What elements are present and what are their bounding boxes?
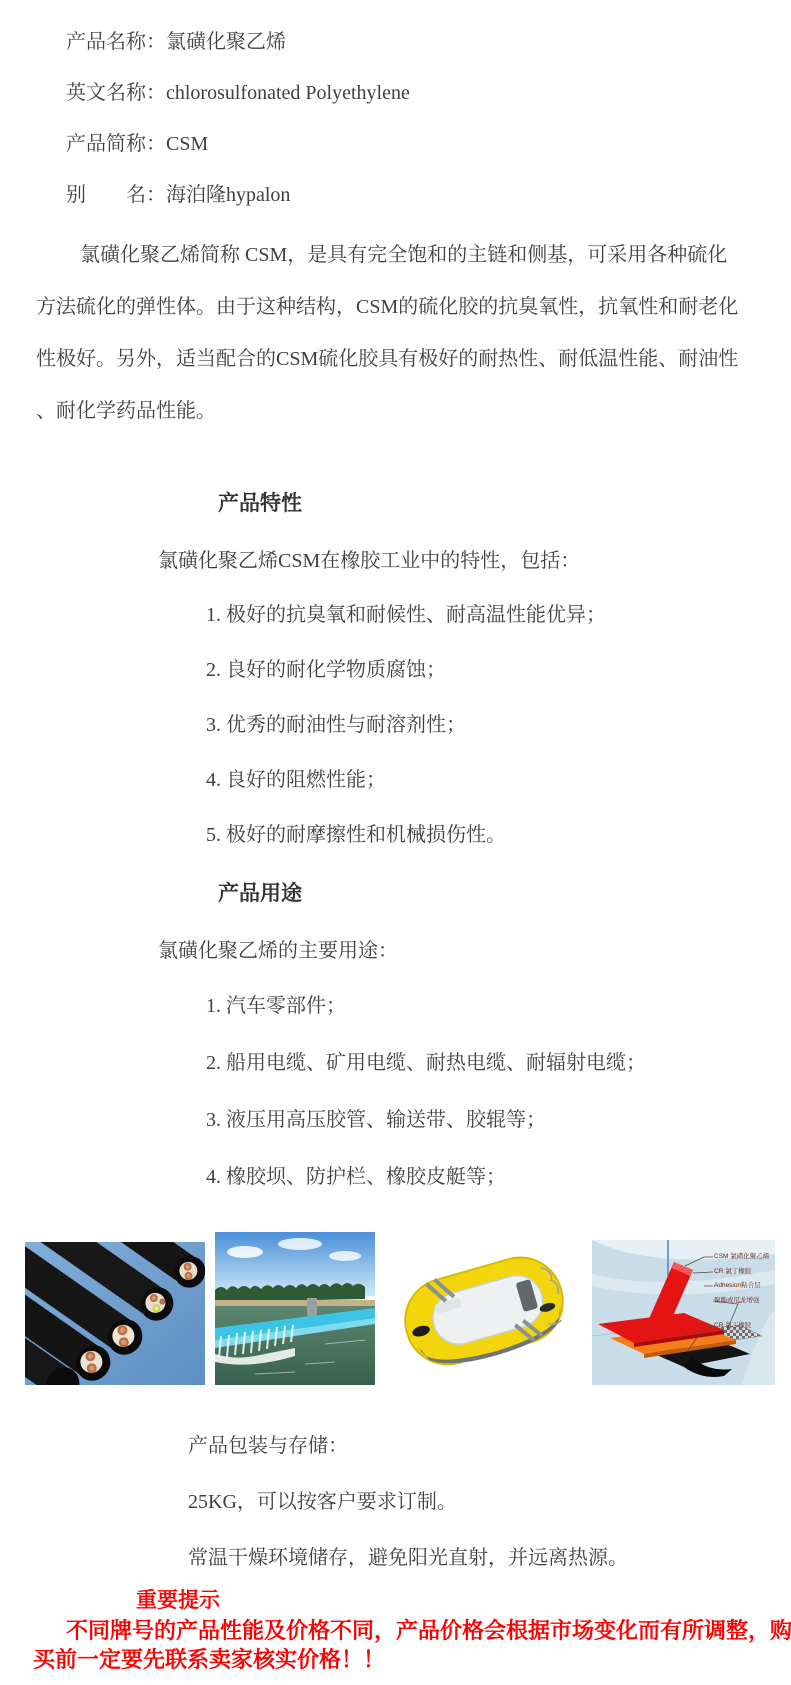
intro-paragraph-line: 性极好。另外，适当配合的CSM硫化胶具有极好的耐热性、耐低温性能、耐油性: [36, 330, 755, 382]
feature-item: 4. 良好的阻燃性能；: [206, 750, 791, 805]
uses-list: 1. 汽车零部件； 2. 船用电缆、矿用电缆、耐热电缆、耐辐射电缆； 3. 液压…: [0, 975, 791, 1203]
use-item: 2. 船用电缆、矿用电缆、耐热电缆、耐辐射电缆；: [206, 1032, 791, 1089]
rubber-dam-illustration: [215, 1232, 375, 1385]
feature-item: 3. 优秀的耐油性与耐溶剂性；: [206, 695, 791, 750]
important-notice-line: 买前一定要先联系卖家核实价格！！: [33, 1645, 791, 1674]
use-item: 1. 汽车零部件；: [206, 975, 791, 1032]
english-name-line: 英文名称：chlorosulfonated Polyethylene: [66, 65, 791, 116]
use-item: 3. 液压用高压胶管、输送带、胶辊等；: [206, 1089, 791, 1146]
packaging-block: 产品包装与存储： 25KG，可以按客户要求订制。 常温干燥环境储存，避免阳光直射…: [188, 1415, 791, 1583]
intro-paragraph-line: 方法硫化的弹性体。由于这种结构，CSM的硫化胶的抗臭氧性，抗氧性和耐老化: [36, 278, 755, 330]
rubber-dam-photo: [215, 1232, 375, 1385]
packaging-storage-line: 常温干燥环境储存，避免阳光直射，并远离热源。: [188, 1527, 791, 1583]
alias-line: 别 名：海泊隆hypalon: [66, 167, 791, 218]
important-notice-line: 不同牌号的产品性能及价格不同，产品价格会根据市场变化而有所调整，购: [66, 1616, 791, 1645]
rubber-cables-photo: [25, 1242, 205, 1385]
diagram-label-cr-bottom: CR 氯丁橡胶: [714, 1322, 774, 1329]
diagram-label-adhesion: Adhesion粘合层: [714, 1282, 774, 1289]
features-section-title: 产品特性: [218, 488, 791, 519]
feature-item: 2. 良好的耐化学物质腐蚀；: [206, 640, 791, 695]
inflatable-boat-illustration: [385, 1235, 582, 1385]
product-description-page: 产品名称：氯磺化聚乙烯 英文名称：chlorosulfonated Polyet…: [0, 0, 791, 1685]
uses-section-title: 产品用途: [218, 878, 791, 909]
diagram-label-cr-top: CR 氯丁橡胶: [714, 1268, 774, 1275]
layer-diagram-illustration: [592, 1240, 775, 1385]
product-abbr-line: 产品简称：CSM: [66, 116, 791, 167]
csm-layer-diagram: CSM 氯磺化聚乙烯 CR 氯丁橡胶 Adhesion粘合层 聚酯或尼龙增强 C…: [592, 1240, 775, 1385]
diagram-label-fabric: 聚酯或尼龙增强: [714, 1297, 774, 1304]
intro-paragraph-line: 氯磺化聚乙烯简称 CSM，是具有完全饱和的主链和侧基，可采用各种硫化: [36, 226, 755, 278]
use-item: 4. 橡胶坝、防护栏、橡胶皮艇等；: [206, 1146, 791, 1203]
packaging-weight-line: 25KG，可以按客户要求订制。: [188, 1471, 791, 1527]
rubber-cables-illustration: [25, 1242, 205, 1385]
product-name-line: 产品名称：氯磺化聚乙烯: [66, 14, 791, 65]
inflatable-boat-photo: [385, 1235, 582, 1385]
feature-item: 1. 极好的抗臭氧和耐候性、耐高温性能优异；: [206, 585, 791, 640]
product-images-row: CSM 氯磺化聚乙烯 CR 氯丁橡胶 Adhesion粘合层 聚酯或尼龙增强 C…: [25, 1231, 791, 1385]
intro-paragraph: 氯磺化聚乙烯简称 CSM，是具有完全饱和的主链和侧基，可采用各种硫化 方法硫化的…: [36, 226, 755, 434]
feature-item: 5. 极好的耐摩擦性和机械损伤性。: [206, 805, 791, 860]
packaging-heading: 产品包装与存储：: [188, 1415, 791, 1471]
features-list: 1. 极好的抗臭氧和耐候性、耐高温性能优异； 2. 良好的耐化学物质腐蚀； 3.…: [0, 585, 791, 860]
uses-intro: 氯磺化聚乙烯的主要用途：: [158, 939, 791, 963]
product-info-block: 产品名称：氯磺化聚乙烯 英文名称：chlorosulfonated Polyet…: [66, 14, 791, 218]
diagram-label-csm: CSM 氯磺化聚乙烯: [714, 1253, 774, 1260]
important-notice-title: 重要提示: [136, 1587, 791, 1613]
intro-paragraph-line: 、耐化学药品性能。: [36, 382, 755, 434]
features-intro: 氯磺化聚乙烯CSM在橡胶工业中的特性，包括：: [158, 549, 791, 573]
